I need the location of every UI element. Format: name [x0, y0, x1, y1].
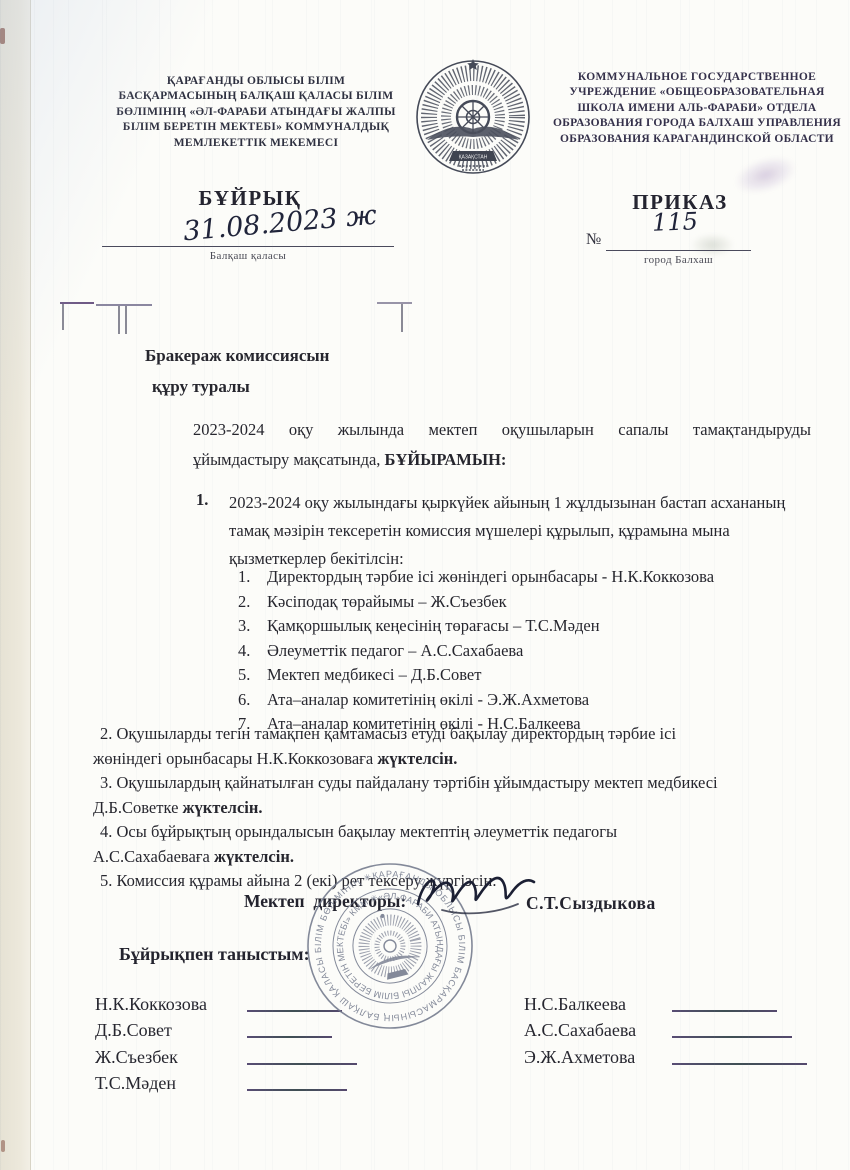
kazakhstan-emblem-icon: ҚАЗАҚСТАН: [412, 56, 534, 178]
point-line: Д.Б.Советке жүктелсін.: [93, 796, 833, 821]
org-name-ru: КОММУНАЛЬНОЕ ГОСУДАРСТВЕННОЕ УЧРЕЖДЕНИЕ …: [548, 70, 846, 147]
signature-line: [672, 1010, 777, 1012]
subject-line-1: Бракераж комиссиясын: [145, 340, 329, 371]
subject-title: Бракераж комиссиясын құру туралы: [145, 340, 329, 402]
org-name-kk: ҚАРАҒАНДЫ ОБЛЫСЫ БІЛІМ БАСҚАРМАСЫНЫҢ БАЛ…: [110, 74, 402, 151]
member-list: 1.Директордың тәрбие ісі жөніндегі орынб…: [238, 565, 714, 737]
preamble-line-1: 2023-2024 оқу жылында мектеп оқушыларын …: [193, 420, 811, 440]
signatory-row: Н.С.Балкеева: [524, 988, 807, 1015]
order-number-label: №: [586, 231, 601, 249]
member-item: 3.Қамқоршылық кеңесінің төрағасы – Т.С.М…: [238, 614, 714, 639]
number-line: [606, 250, 751, 251]
preamble-text: ұйымдастыру мақсатында,: [193, 450, 385, 469]
point-line: 3. Оқушылардың қайнатылған суды пайдалан…: [93, 771, 833, 796]
signature-line: [672, 1063, 807, 1065]
decree-verb: БҰЙЫРАМЫН:: [385, 450, 507, 469]
signatory-row: А.С.Сахабаева: [524, 1015, 807, 1042]
signature-line: [672, 1036, 792, 1038]
signatory-row: Ж.Съезбек: [95, 1041, 357, 1068]
point-1-text: 2023-2024 оқу жылындағы қыркүйек айының …: [229, 489, 829, 573]
date-line: [102, 246, 394, 247]
scanned-order-document: ҚАРАҒАНДЫ ОБЛЫСЫ БІЛІМ БАСҚАРМАСЫНЫҢ БАЛ…: [0, 0, 850, 1170]
director-name: С.Т.Сыздыкова: [526, 893, 656, 914]
acknowledgement-label: Бұйрықпен таныстым:: [119, 944, 310, 965]
point-line: 4. Осы бұйрықтың орындалысын бақылау мек…: [93, 820, 833, 845]
place-kk: Балқаш қаласы: [102, 250, 394, 262]
crop-mark: [377, 302, 412, 304]
member-item: 2.Кәсіподақ төрайымы – Ж.Съезбек: [238, 590, 714, 615]
signature-line: [247, 1063, 357, 1065]
signature-line: [247, 1089, 347, 1091]
scan-speck: [0, 28, 5, 44]
point-line: 2. Оқушыларды тегін тамақпен қамтамасыз …: [93, 722, 833, 747]
crop-mark: [60, 302, 94, 304]
point-1-number: 1.: [196, 490, 208, 510]
scan-edge-strip: [0, 0, 31, 1170]
order-number-handwritten: 115: [615, 206, 736, 238]
member-item: 6.Ата–аналар комитетінің өкілі - Э.Ж.Ахм…: [238, 688, 714, 713]
signatories-right: Н.С.Балкеева А.С.Сахабаева Э.Ж.Ахметова: [524, 988, 807, 1068]
director-signature-ink: [412, 866, 542, 924]
member-item: 5.Мектеп медбикесі – Д.Б.Совет: [238, 663, 714, 688]
point-1-line: 2023-2024 оқу жылындағы қыркүйек айының …: [229, 489, 829, 517]
preamble-line-2: ұйымдастыру мақсатында, БҰЙЫРАМЫН:: [193, 450, 506, 470]
emblem-ribbon-text: ҚАЗАҚСТАН: [459, 155, 488, 161]
point-line: жөніндегі орынбасары Н.К.Коккозоваға жүк…: [93, 747, 833, 772]
subject-line-2: құру туралы: [145, 371, 329, 402]
signatory-row: Э.Ж.Ахметова: [524, 1041, 807, 1068]
crop-mark: [96, 304, 152, 306]
signatory-row: Т.С.Мәден: [95, 1068, 357, 1095]
point-1-line: тамақ мәзірін тексеретін комиссия мүшеле…: [229, 517, 829, 545]
place-ru: город Балхаш: [606, 254, 751, 266]
member-item: 4.Әлеуметтік педагог – А.С.Сахабаева: [238, 639, 714, 664]
member-item: 1.Директордың тәрбие ісі жөніндегі орынб…: [238, 565, 714, 590]
scan-speck: [1, 1140, 5, 1152]
signature-line: [247, 1036, 332, 1038]
